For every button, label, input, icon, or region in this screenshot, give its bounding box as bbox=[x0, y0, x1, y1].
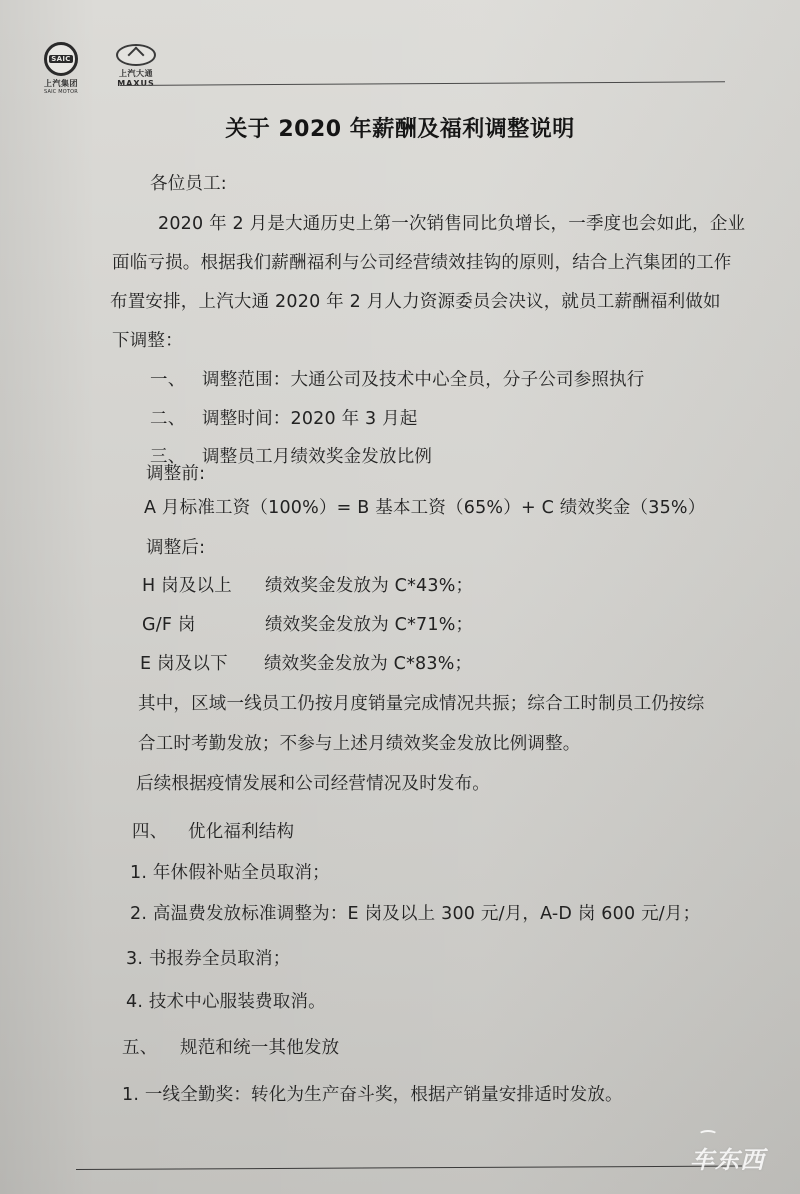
footer-divider bbox=[76, 1166, 742, 1170]
intro-line: 下调整： bbox=[112, 327, 183, 352]
grade-label: E 岗及以下 bbox=[140, 650, 264, 675]
welfare-item: 3. 书报券全员取消； bbox=[126, 945, 290, 970]
watermark: 车东西 bbox=[690, 1140, 765, 1175]
document-title: 关于 2020 年薪酬及福利调整说明 bbox=[0, 112, 800, 143]
note-line: 合工时考勤发放；不参与上述月绩效奖金发放比例调整。 bbox=[138, 730, 581, 755]
grade-rule: 绩效奖金发放为 C*83%； bbox=[264, 654, 472, 674]
grade-row-gf: G/F 岗绩效奖金发放为 C*71%； bbox=[142, 611, 473, 636]
maxus-logo-cn: 上汽大通 bbox=[106, 68, 166, 79]
saic-motor-logo: SAIC 上汽集团 SAIC MOTOR bbox=[40, 42, 82, 95]
section-number: 二、 bbox=[150, 405, 202, 430]
section-4: 四、优化福利结构 bbox=[132, 818, 294, 843]
grade-rule: 绩效奖金发放为 C*43%； bbox=[265, 576, 473, 596]
intro-line: 布置安排，上汽大通 2020 年 2 月人力资源委员会决议，就员工薪酬福利做如 bbox=[110, 288, 721, 313]
intro-line: 2020 年 2 月是大通历史上第一次销售同比负增长，一季度也会如此，企业 bbox=[158, 210, 745, 235]
salutation: 各位员工: bbox=[150, 170, 227, 195]
maxus-logo: 上汽大通 MAXUS bbox=[106, 44, 166, 88]
welfare-item: 4. 技术中心服装费取消。 bbox=[126, 988, 326, 1013]
section-text: 调整员工月绩效奖金发放比例 bbox=[202, 447, 432, 467]
section-text: 调整时间：2020 年 3 月起 bbox=[202, 409, 418, 429]
section-text: 优化福利结构 bbox=[188, 822, 294, 842]
grade-label: H 岗及以上 bbox=[142, 572, 265, 597]
other-item: 1. 一线全勤奖：转化为生产奋斗奖，根据产销量安排适时发放。 bbox=[122, 1081, 623, 1106]
note-line: 后续根据疫情发展和公司经营情况及时发布。 bbox=[136, 770, 490, 795]
grade-row-e: E 岗及以下绩效奖金发放为 C*83%； bbox=[140, 650, 472, 675]
grade-rule: 绩效奖金发放为 C*71%； bbox=[265, 615, 473, 635]
section-text: 调整范围：大通公司及技术中心全员，分子公司参照执行 bbox=[202, 370, 645, 390]
saic-logo-en: SAIC MOTOR bbox=[40, 89, 82, 95]
after-label: 调整后: bbox=[146, 534, 205, 559]
section-1: 一、调整范围：大通公司及技术中心全员，分子公司参照执行 bbox=[150, 366, 645, 391]
section-5: 五、规范和统一其他发放 bbox=[122, 1034, 339, 1059]
grade-label: G/F 岗 bbox=[142, 611, 265, 636]
maxus-logo-en: MAXUS bbox=[106, 79, 166, 88]
section-text: 规范和统一其他发放 bbox=[180, 1038, 339, 1058]
signal-icon bbox=[698, 1130, 718, 1140]
welfare-item: 1. 年休假补贴全员取消； bbox=[130, 859, 330, 884]
section-number: 五、 bbox=[122, 1034, 180, 1059]
maxus-emblem-icon bbox=[116, 44, 156, 66]
saic-emblem-icon: SAIC bbox=[44, 42, 78, 76]
section-number: 一、 bbox=[150, 366, 202, 391]
paper-shading bbox=[0, 0, 800, 1194]
before-label: 调整前: bbox=[146, 460, 205, 485]
welfare-item: 2. 高温费发放标准调整为：E 岗及以上 300 元/月，A-D 岗 600 元… bbox=[130, 900, 700, 925]
section-number: 四、 bbox=[132, 818, 188, 843]
section-2: 二、调整时间：2020 年 3 月起 bbox=[150, 405, 418, 430]
before-formula: A 月标准工资（100%）= B 基本工资（65%）+ C 绩效奖金（35%） bbox=[144, 494, 705, 519]
intro-line: 面临亏损。根据我们薪酬福利与公司经营绩效挂钩的原则，结合上汽集团的工作 bbox=[112, 249, 732, 274]
grade-row-h: H 岗及以上绩效奖金发放为 C*43%； bbox=[142, 572, 473, 597]
saic-logo-cn: 上汽集团 bbox=[40, 78, 82, 89]
header-divider bbox=[120, 81, 725, 86]
note-line: 其中，区域一线员工仍按月度销量完成情况共振；综合工时制员工仍按综 bbox=[138, 690, 704, 715]
